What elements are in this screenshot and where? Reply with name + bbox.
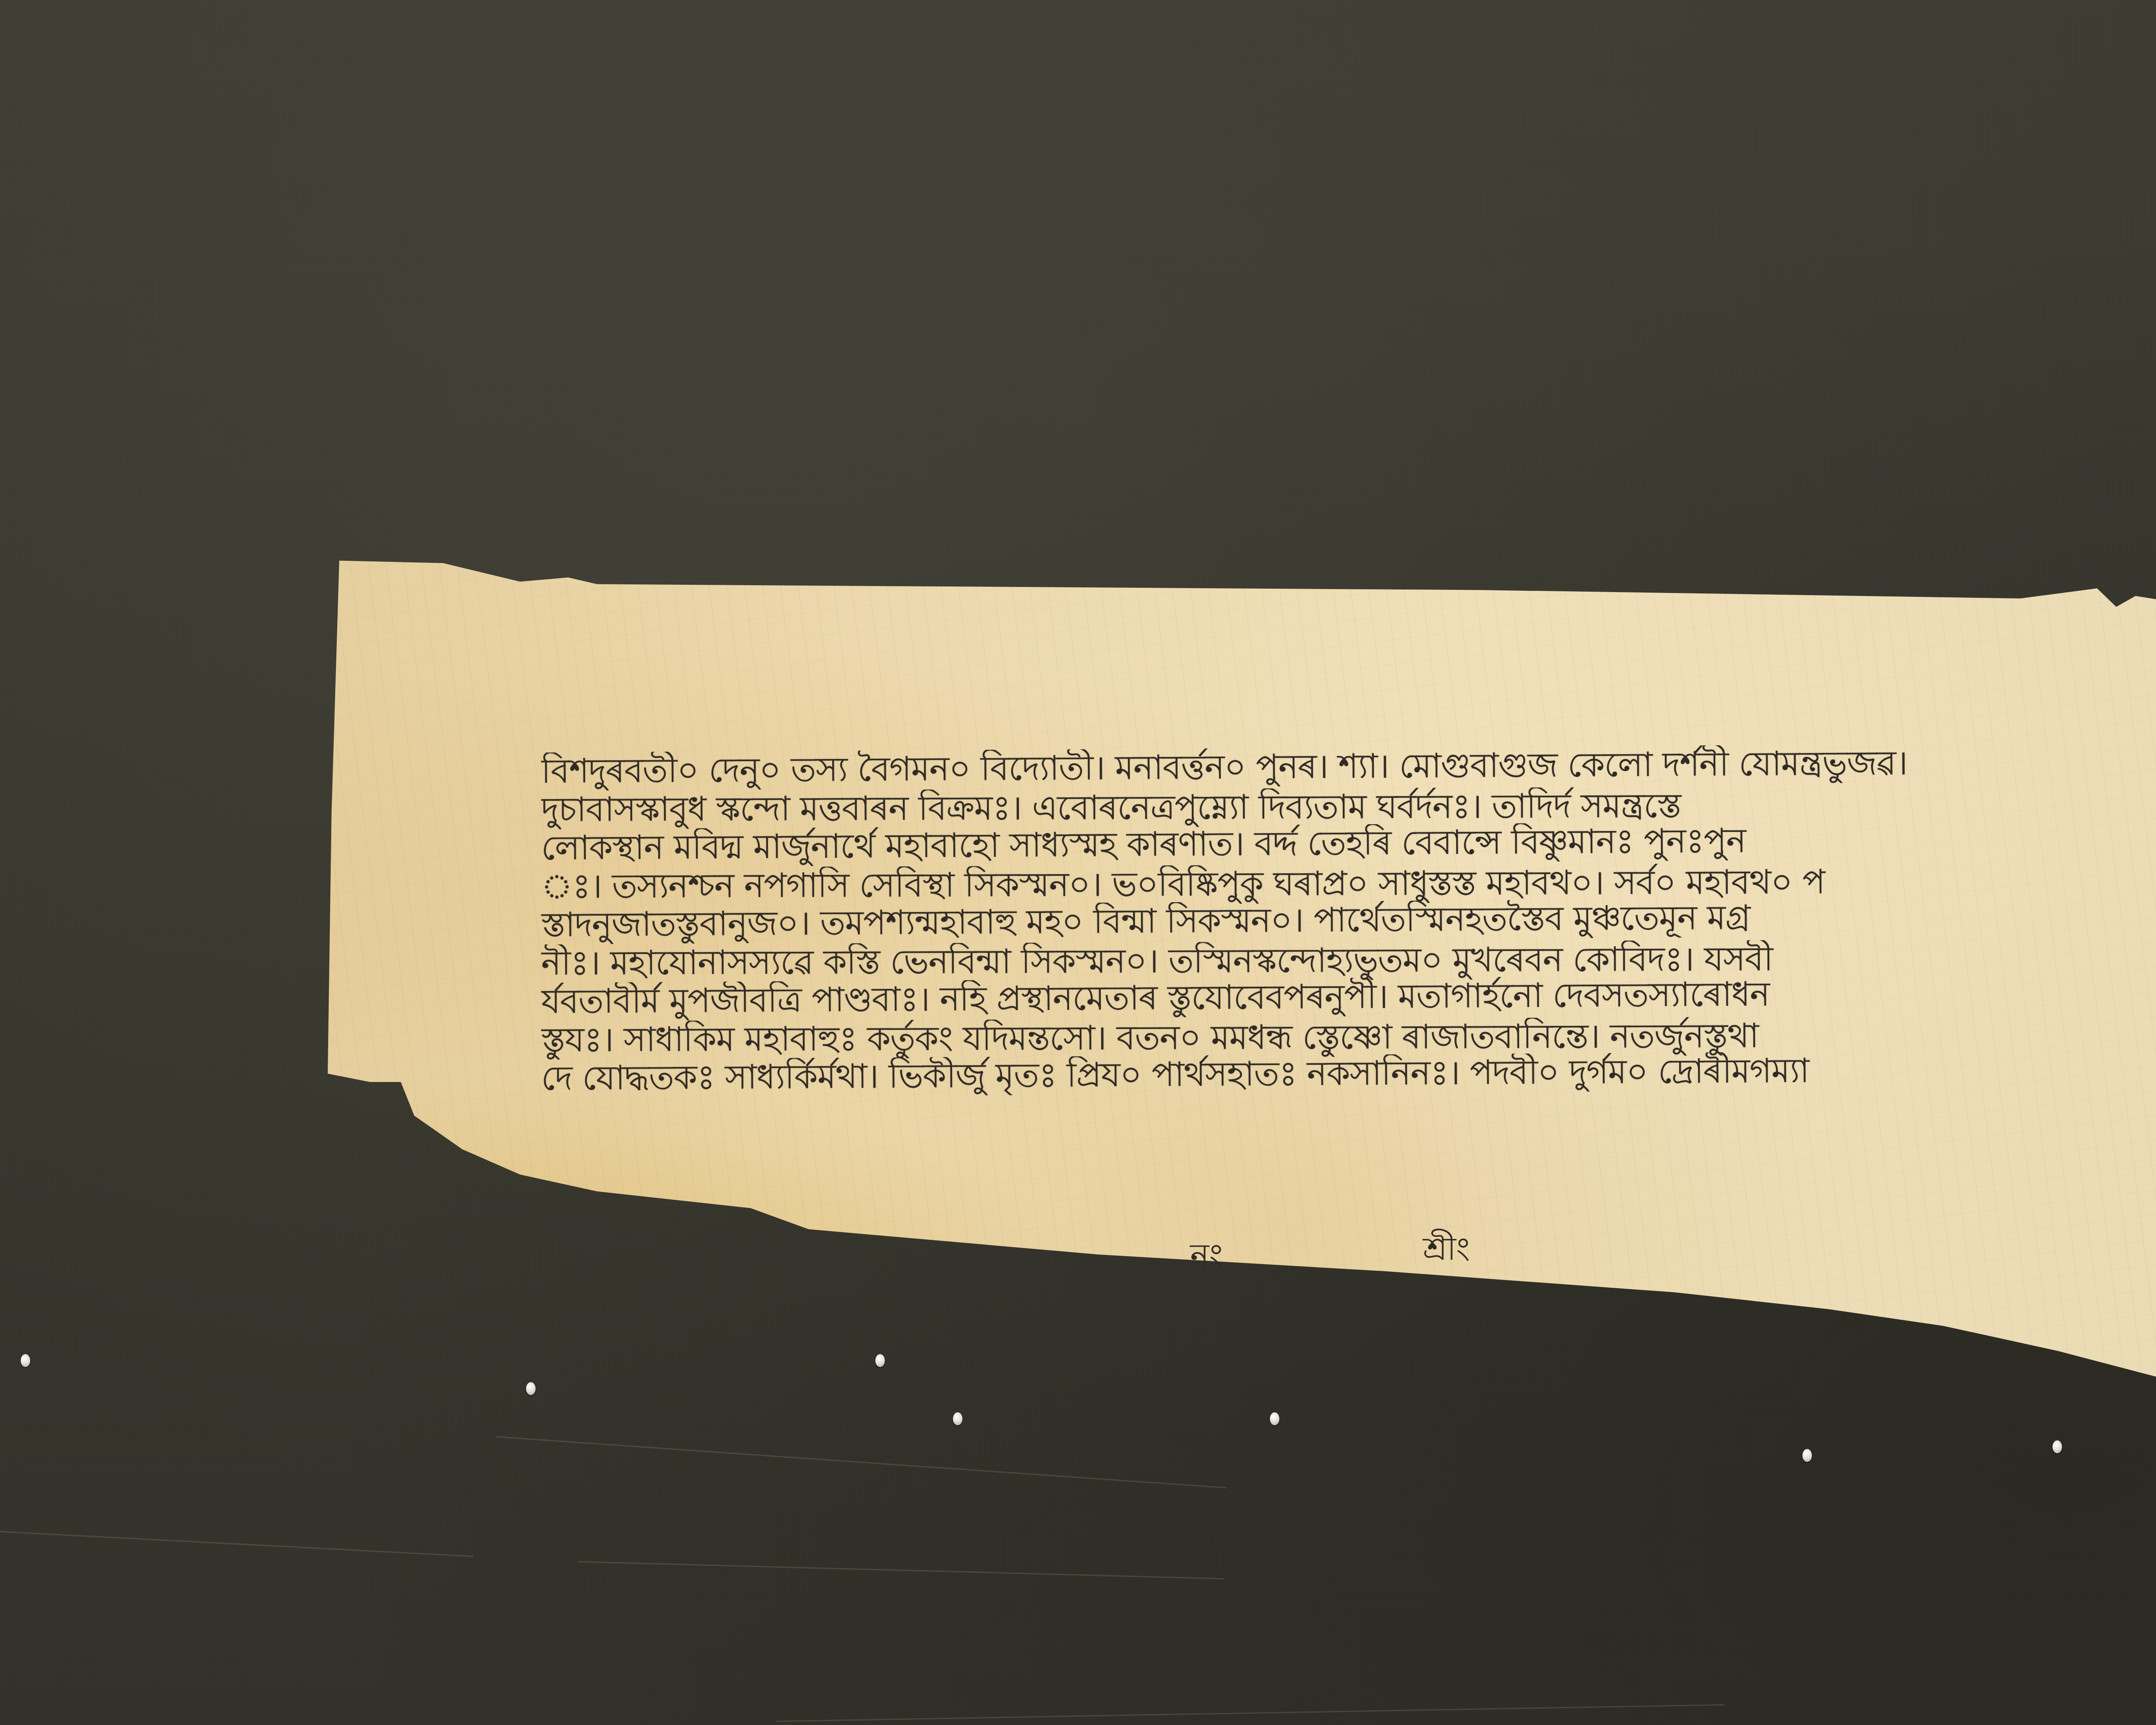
folio-mark-center: শ্রীং bbox=[1423, 1225, 1470, 1278]
mounting-pin bbox=[21, 1354, 30, 1367]
board-scratch bbox=[776, 1704, 1725, 1722]
mounting-pin bbox=[1270, 1412, 1279, 1425]
mounting-pin bbox=[2053, 1440, 2062, 1453]
mounting-pin bbox=[1802, 1449, 1812, 1462]
board-scratch bbox=[0, 1531, 474, 1557]
folio-mark-left: নং bbox=[1190, 1231, 1223, 1284]
mounting-pin bbox=[953, 1412, 962, 1425]
mounting-pin bbox=[526, 1382, 536, 1395]
manuscript-text-block: বিশদুৰবতী০ দেনু০ তস্য বৈগমন০ বিদ্যোতী। ম… bbox=[541, 753, 2085, 1098]
board-scratch bbox=[578, 1561, 1225, 1579]
mounting-pin bbox=[875, 1354, 885, 1367]
board-scratch bbox=[496, 1436, 1227, 1489]
